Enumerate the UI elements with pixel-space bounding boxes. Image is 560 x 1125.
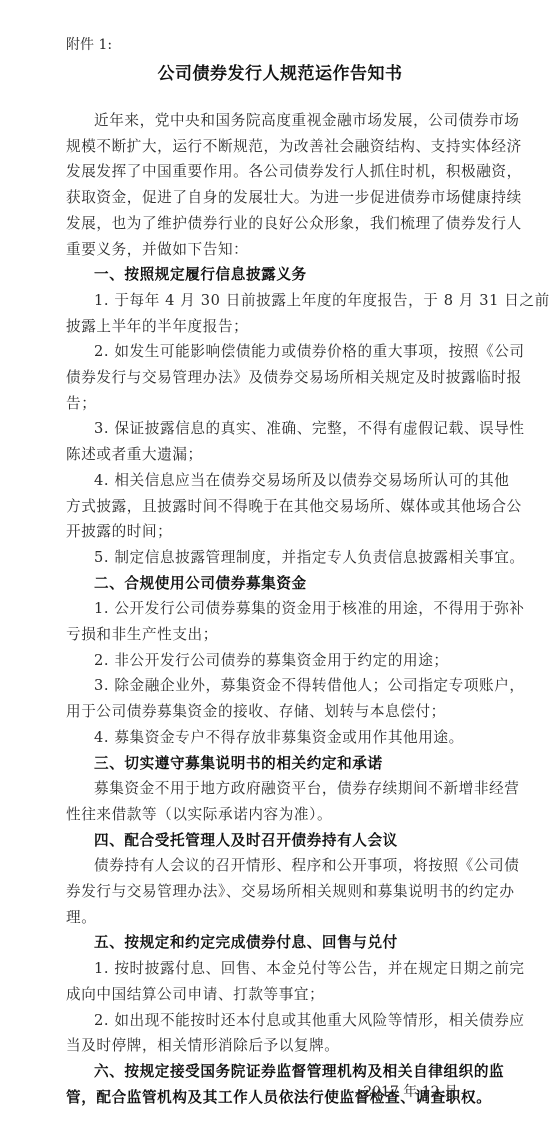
paragraph-line: 2. 如发生可能影响偿债能力或债券价格的重大事项，按照《公司 [94,343,459,361]
paragraph-line: 券发行与交易管理办法》、交易场所相关规则和募集说明书的约定办 [66,883,459,901]
paragraph-line: 3. 除金融企业外，募集资金不得转借他人；公司指定专项账户， [94,677,459,695]
paragraph-line: 募集资金不用于地方政府融资平台，债券存续期间不新增非经营 [94,780,459,798]
section-heading: 六、按规定接受国务院证券监督管理机构及相关自律组织的监 [94,1063,459,1081]
paragraph-line: 4. 募集资金专户不得存放非募集资金或用作其他用途。 [94,729,459,747]
paragraph-line: 发展发挥了中国重要作用。各公司债券发行人抓住时机，积极融资， [66,163,459,181]
paragraph-line: 2. 如出现不能按时还本付息或其他重大风险等情形，相关债券应 [94,1012,459,1030]
paragraph-line: 1. 公开发行公司债券募集的资金用于核准的用途，不得用于弥补 [94,600,459,618]
paragraph-line: 披露上半年的半年度报告； [66,318,459,336]
paragraph-line: 1. 按时披露付息、回售、本金兑付等公告，并在规定日期之前完 [94,960,459,978]
attachment-label: 附件 1: [66,36,112,54]
document-page: 附件 1: 公司债券发行人规范运作告知书 近年来，党中央和国务院高度重视金融市场… [0,0,560,1125]
section-heading: 二、合规使用公司债券募集资金 [94,575,459,593]
paragraph-line: 开披露的时间； [66,523,459,541]
document-date: 2017 年 12 月 [363,1083,458,1101]
paragraph-line: 规模不断扩大，运行不断规范，为改善社会融资结构、支持实体经济 [66,138,459,156]
paragraph-line: 亏损和非生产性支出； [66,626,459,644]
paragraph-line: 1. 于每年 4 月 30 日前披露上年度的年度报告，于 8 月 31 日之前 [94,292,459,310]
section-heading: 四、配合受托管理人及时召开债券持有人会议 [94,832,459,850]
paragraph-line: 性往来借款等（以实际承诺内容为准）。 [66,806,459,824]
paragraph-line: 重要义务，并做如下告知： [66,241,459,259]
document-title: 公司债券发行人规范运作告知书 [0,63,560,85]
section-heading: 五、按规定和约定完成债券付息、回售与兑付 [94,934,459,952]
paragraph-line: 债券持有人会议的召开情形、程序和公开事项，将按照《公司债 [94,857,459,875]
paragraph-line: 告； [66,395,459,413]
paragraph-line: 当及时停牌，相关情形消除后予以复牌。 [66,1037,459,1055]
paragraph-line: 用于公司债券募集资金的接收、存储、划转与本息偿付； [66,703,459,721]
paragraph-line: 2. 非公开发行公司债券的募集资金用于约定的用途； [94,652,459,670]
paragraph-line: 理。 [66,909,459,927]
paragraph-line: 3. 保证披露信息的真实、准确、完整，不得有虚假记载、误导性 [94,420,459,438]
paragraph-line: 获取资金，促进了自身的发展壮大。为进一步促进债券市场健康持续 [66,189,459,207]
paragraph-line: 陈述或者重大遗漏； [66,446,459,464]
section-heading: 三、切实遵守募集说明书的相关约定和承诺 [94,755,459,773]
paragraph-line: 近年来，党中央和国务院高度重视金融市场发展，公司债券市场 [94,112,459,130]
section-heading: 一、按照规定履行信息披露义务 [94,266,459,284]
paragraph-line: 4. 相关信息应当在债券交易场所及以债券交易场所认可的其他 [94,472,459,490]
paragraph-line: 成向中国结算公司申请、打款等事宜； [66,986,459,1004]
paragraph-line: 5. 制定信息披露管理制度，并指定专人负责信息披露相关事宜。 [94,549,459,567]
paragraph-line: 发展，也为了维护债券行业的良好公众形象，我们梳理了债券发行人 [66,215,459,233]
paragraph-line: 债券发行与交易管理办法》及债券交易场所相关规定及时披露临时报 [66,369,459,387]
paragraph-line: 方式披露，且披露时间不得晚于在其他交易场所、媒体或其他场合公 [66,498,459,516]
